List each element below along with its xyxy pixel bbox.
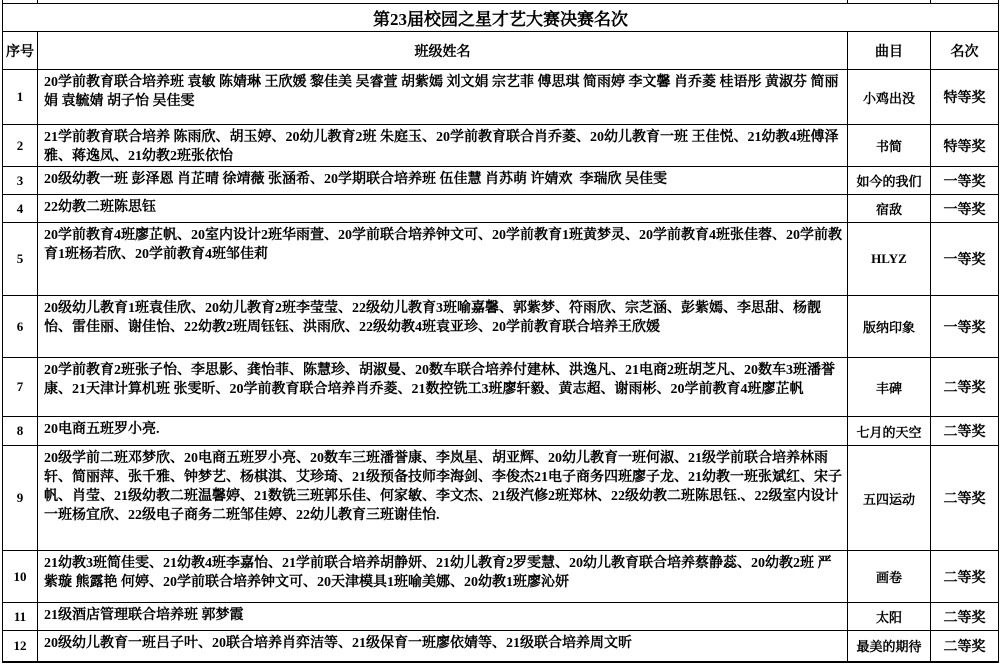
table-row: 1 20学前教育联合培养班 袁敏 陈婧琳 王欣媛 黎佳美 吴睿萱 胡紫嫣 刘文娟… — [3, 70, 999, 125]
class-names-cell: 20级幼儿教育1班袁佳欣、20幼儿教育2班李莹莹、22级幼儿教育3班喻嘉馨、郭紫… — [38, 296, 848, 358]
table-row: 4 22幼教二班陈思钰 宿敌 一等奖 — [3, 195, 999, 223]
header-class-names: 班级姓名 — [38, 32, 848, 70]
row-number: 4 — [3, 195, 38, 223]
song-cell: 小鸡出没 — [848, 70, 931, 125]
header-row: 序号 班级姓名 曲目 名次 — [3, 32, 999, 70]
header-rank: 名次 — [931, 32, 999, 70]
song-cell: 七月的天空 — [848, 417, 931, 446]
row-number: 12 — [3, 631, 38, 662]
rank-cell: 二等奖 — [931, 446, 999, 551]
title-row: 第23届校园之星才艺大赛决赛名次 — [3, 4, 999, 32]
table-row: 8 20电商五班罗小亮. 七月的天空 二等奖 — [3, 417, 999, 446]
header-song: 曲目 — [848, 32, 931, 70]
class-names-cell: 20级幼教一班 彭泽恩 肖芷晴 徐靖薇 张涵希、20学期联合培养班 伍佳慧 肖苏… — [38, 167, 848, 195]
class-names-cell: 20学前教育2班张子怡、李思影、龚怡菲、陈慧珍、胡淑曼、20数车联合培养付建林、… — [38, 358, 848, 417]
rank-cell: 一等奖 — [931, 296, 999, 358]
class-names-cell: 22幼教二班陈思钰 — [38, 195, 848, 223]
table-row: 5 20学前教育4班廖芷帆、20室内设计2班华雨萱、20学前联合培养钟文可、20… — [3, 223, 999, 296]
table-row: 9 20级学前二班邓梦欣、20电商五班罗小亮、20数车三班潘誉康、李岚星、胡亚辉… — [3, 446, 999, 551]
spreadsheet-page: 第23届校园之星才艺大赛决赛名次 序号 班级姓名 曲目 名次 1 20学前教育联… — [0, 0, 1000, 666]
rank-cell: 一等奖 — [931, 195, 999, 223]
rank-cell: 一等奖 — [931, 167, 999, 195]
rank-cell: 特等奖 — [931, 125, 999, 167]
class-names-cell: 20学前教育4班廖芷帆、20室内设计2班华雨萱、20学前联合培养钟文可、20学前… — [38, 223, 848, 296]
class-names-cell: 20电商五班罗小亮. — [38, 417, 848, 446]
song-cell: 宿敌 — [848, 195, 931, 223]
results-table: 第23届校园之星才艺大赛决赛名次 序号 班级姓名 曲目 名次 1 20学前教育联… — [2, 0, 999, 663]
row-number: 10 — [3, 551, 38, 603]
rank-cell: 二等奖 — [931, 603, 999, 631]
table-row: 12 20级幼儿教育一班吕子叶、20联合培养肖弈洁等、21级保育一班廖依婧等、2… — [3, 631, 999, 662]
row-number: 1 — [3, 70, 38, 125]
rank-cell: 二等奖 — [931, 631, 999, 662]
class-names-cell: 21学前教育联合培养 陈雨欣、胡玉婷、20幼儿教育2班 朱庭玉、20学前教育联合… — [38, 125, 848, 167]
header-no: 序号 — [3, 32, 38, 70]
row-number: 11 — [3, 603, 38, 631]
rank-cell: 二等奖 — [931, 358, 999, 417]
song-cell: HLYZ — [848, 223, 931, 296]
song-cell: 画卷 — [848, 551, 931, 603]
table-row: 3 20级幼教一班 彭泽恩 肖芷晴 徐靖薇 张涵希、20学期联合培养班 伍佳慧 … — [3, 167, 999, 195]
class-names-cell: 20级幼儿教育一班吕子叶、20联合培养肖弈洁等、21级保育一班廖依婧等、21级联… — [38, 631, 848, 662]
row-number: 3 — [3, 167, 38, 195]
row-number: 9 — [3, 446, 38, 551]
song-cell: 最美的期待 — [848, 631, 931, 662]
class-names-cell: 20级学前二班邓梦欣、20电商五班罗小亮、20数车三班潘誉康、李岚星、胡亚辉、2… — [38, 446, 848, 551]
song-cell: 书简 — [848, 125, 931, 167]
row-number: 2 — [3, 125, 38, 167]
song-cell: 如今的我们 — [848, 167, 931, 195]
row-number: 6 — [3, 296, 38, 358]
song-cell: 版纳印象 — [848, 296, 931, 358]
song-cell: 太阳 — [848, 603, 931, 631]
table-row: 2 21学前教育联合培养 陈雨欣、胡玉婷、20幼儿教育2班 朱庭玉、20学前教育… — [3, 125, 999, 167]
rank-cell: 二等奖 — [931, 417, 999, 446]
table-row: 6 20级幼儿教育1班袁佳欣、20幼儿教育2班李莹莹、22级幼儿教育3班喻嘉馨、… — [3, 296, 999, 358]
class-names-cell: 20学前教育联合培养班 袁敏 陈婧琳 王欣媛 黎佳美 吴睿萱 胡紫嫣 刘文娟 宗… — [38, 70, 848, 125]
row-number: 7 — [3, 358, 38, 417]
class-names-cell: 21级酒店管理联合培养班 郭梦霞 — [38, 603, 848, 631]
table-row: 10 21幼教3班简佳雯、21幼教4班李嘉怡、21学前联合培养胡静妍、21幼儿教… — [3, 551, 999, 603]
rank-cell: 一等奖 — [931, 223, 999, 296]
row-number: 8 — [3, 417, 38, 446]
class-names-cell: 21幼教3班简佳雯、21幼教4班李嘉怡、21学前联合培养胡静妍、21幼儿教育2罗… — [38, 551, 848, 603]
row-number: 5 — [3, 223, 38, 296]
song-cell: 五四运动 — [848, 446, 931, 551]
table-row: 11 21级酒店管理联合培养班 郭梦霞 太阳 二等奖 — [3, 603, 999, 631]
page-title: 第23届校园之星才艺大赛决赛名次 — [3, 4, 999, 32]
table-row: 7 20学前教育2班张子怡、李思影、龚怡菲、陈慧珍、胡淑曼、20数车联合培养付建… — [3, 358, 999, 417]
rank-cell: 特等奖 — [931, 70, 999, 125]
song-cell: 丰碑 — [848, 358, 931, 417]
rank-cell: 二等奖 — [931, 551, 999, 603]
